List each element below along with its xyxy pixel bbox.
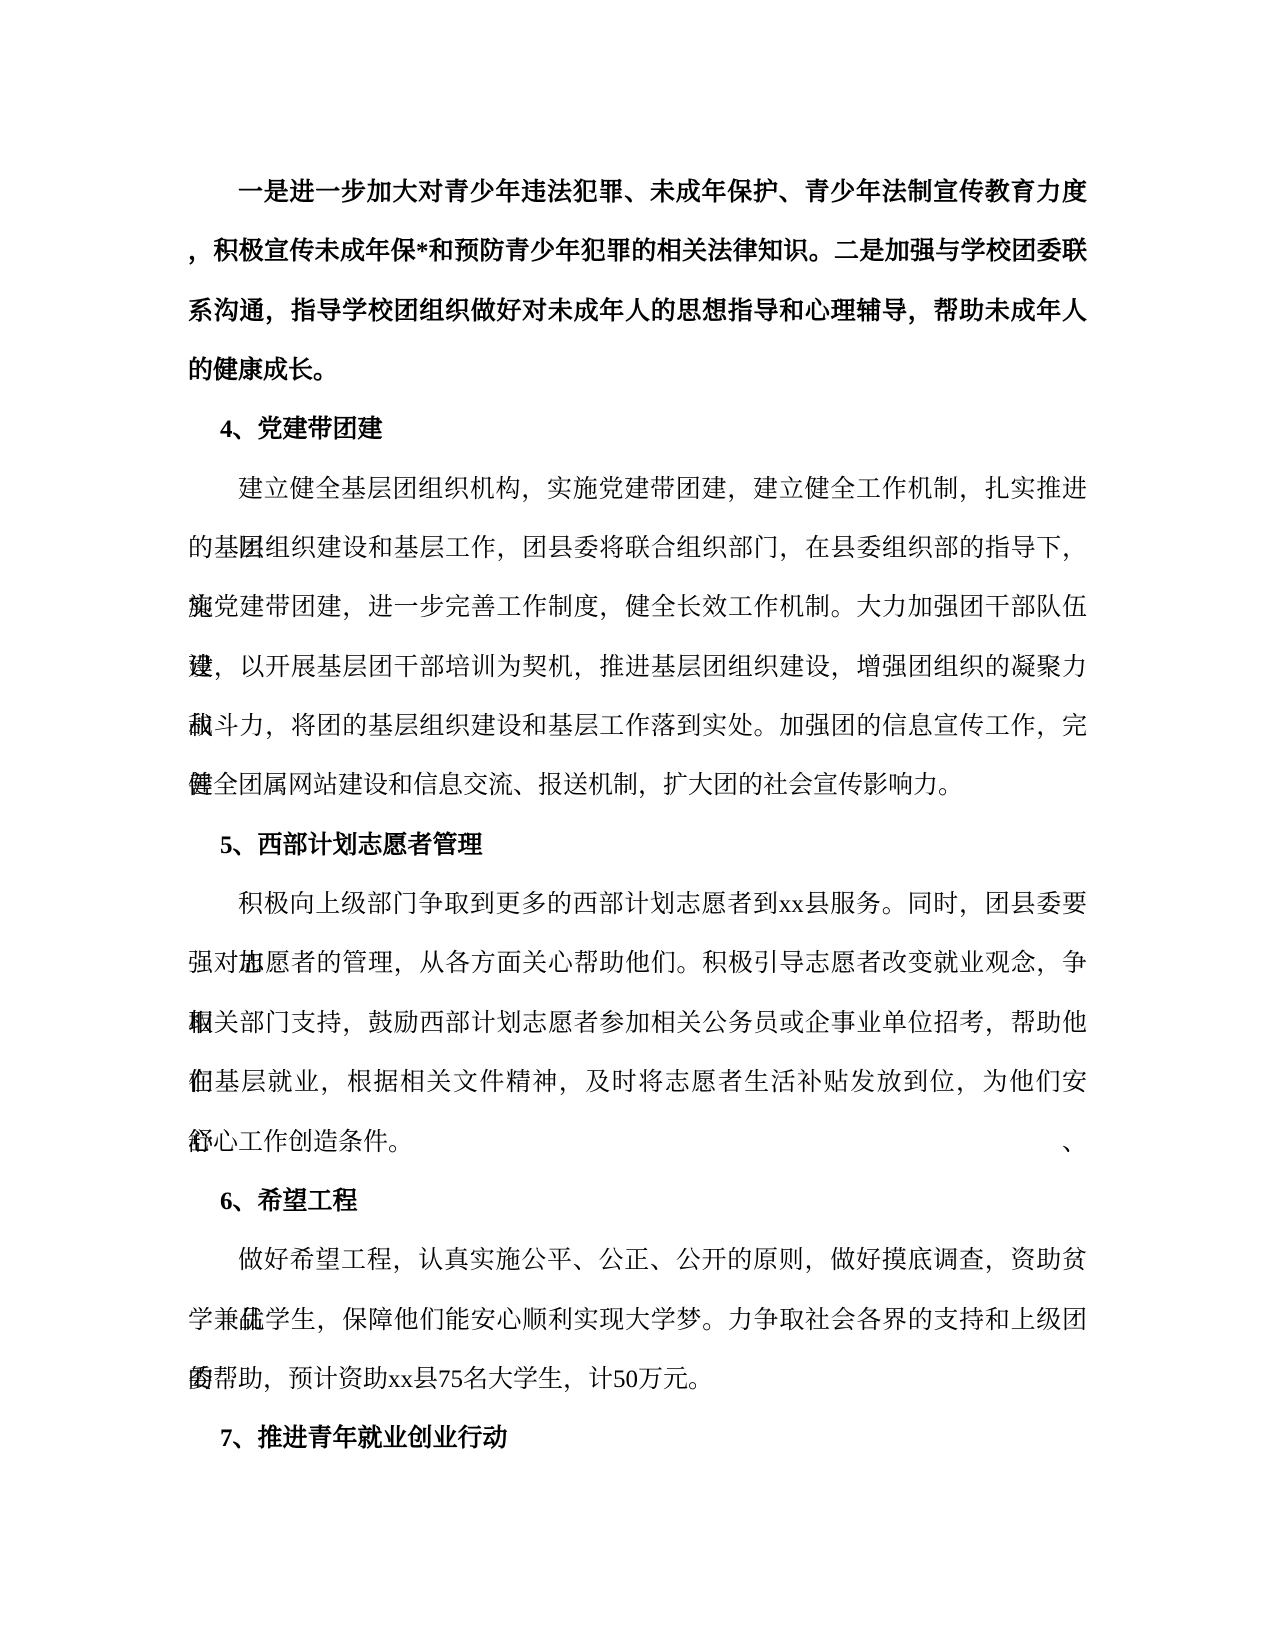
text-line: 相关部门支持，鼓励西部计划志愿者参加相关公务员或企事业单位招考，帮助他们 xyxy=(188,994,1087,1053)
text-line: 强对志愿者的管理，从各方面关心帮助他们。积极引导志愿者改变就业观念，争取 xyxy=(188,934,1087,993)
text-line: 的帮助，预计资助xx县75名大学生，计50万元。 xyxy=(188,1350,1087,1409)
text-line: 施党建带团建，进一步完善工作制度，健全长效工作机制。大力加强团干部队伍建 xyxy=(188,578,1087,637)
text-line: ，积极宣传未成年保*和预防青少年犯罪的相关法律知识。二是加强与学校团委联 xyxy=(188,222,1087,281)
text-line: 在基层就业，根据相关文件精神，及时将志愿者生活补贴发放到位，为他们安心、 xyxy=(188,1053,1087,1112)
text-line: 系沟通，指导学校团组织做好对未成年人的思想指导和心理辅导，帮助未成年人 xyxy=(188,282,1087,341)
text-line: 的基层组织建设和基层工作，团县委将联合组织部门，在县委组织部的指导下，实 xyxy=(188,519,1087,578)
document-page: 一是进一步加大对青少年违法犯罪、未成年保护、青少年法制宣传教育力度 ，积极宣传未… xyxy=(0,0,1275,1650)
text-block: 一是进一步加大对青少年违法犯罪、未成年保护、青少年法制宣传教育力度 ，积极宣传未… xyxy=(188,163,1087,1469)
text-line: 学兼优学生，保障他们能安心顺利实现大学梦。力争取社会各界的支持和上级团委 xyxy=(188,1291,1087,1350)
text-line: 一是进一步加大对青少年违法犯罪、未成年保护、青少年法制宣传教育力度 xyxy=(188,163,1087,222)
section-heading: 5、西部计划志愿者管理 xyxy=(188,816,1087,875)
text-line: 做好希望工程，认真实施公平、公正、公开的原则，做好摸底调查，资助贫品 xyxy=(188,1231,1087,1290)
section-heading: 7、推进青年就业创业行动 xyxy=(188,1409,1087,1468)
section-heading: 4、党建带团建 xyxy=(188,400,1087,459)
text-line: 建立健全基层团组织机构，实施党建带团建，建立健全工作机制，扎实推进团 xyxy=(188,460,1087,519)
text-line: 积极向上级部门争取到更多的西部计划志愿者到xx县服务。同时，团县委要加 xyxy=(188,875,1087,934)
text-line: 设，以开展基层团干部培训为契机，推进基层团组织建设，增强团组织的凝聚力和 xyxy=(188,638,1087,697)
text-line: 健全团属网站建设和信息交流、报送机制，扩大团的社会宣传影响力。 xyxy=(188,756,1087,815)
text-line: 战斗力，将团的基层组织建设和基层工作落到实处。加强团的信息宣传工作，完善 xyxy=(188,697,1087,756)
text-line: 的健康成长。 xyxy=(188,341,1087,400)
section-heading: 6、希望工程 xyxy=(188,1172,1087,1231)
